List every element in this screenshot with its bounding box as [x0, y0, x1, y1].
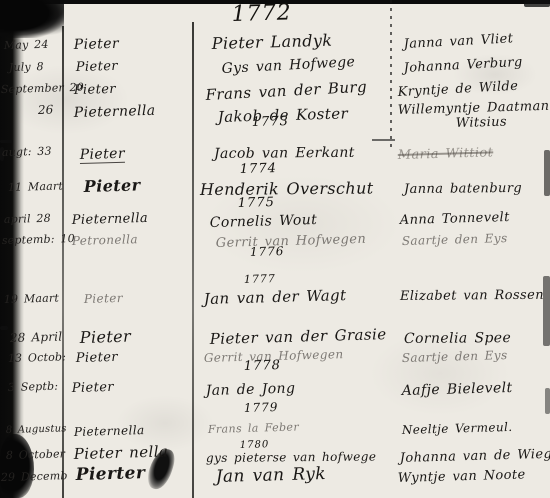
entry-father-name: Henderik Overschut: [200, 180, 374, 198]
entry-father-name: Gerrit van Hofwegen: [216, 233, 367, 250]
entry-child-name: Pieter: [84, 292, 123, 305]
entry-mother-name: Elizabet van Rossen: [400, 289, 544, 303]
year-heading: 1774: [240, 162, 277, 176]
entry-father-name: gys pieterse van hofwege: [206, 451, 377, 464]
entry-child-name: Pieter nella: [74, 444, 169, 462]
entry-mother-name: Aafje Bielevelt: [402, 381, 513, 398]
binding-bottom-blot: [0, 434, 34, 498]
entry-mother-name: Johanna Verburg: [403, 56, 523, 75]
entry-child-name: Pieter: [80, 147, 126, 164]
entry-child-name: Pieter: [74, 83, 116, 97]
entry-father-name: Jan de Jong: [206, 382, 296, 398]
entry-date: 8 October: [6, 448, 66, 461]
entry-father-name: Gerrit van Hofwegen: [204, 348, 344, 364]
entry-father-name: Pieter Landyk: [212, 33, 333, 52]
book-binding: [0, 0, 24, 498]
margin-mark: [0, 326, 8, 330]
column-rule-fathers-mothers: [390, 0, 392, 148]
entry-mother-name-line2: Witsius: [456, 116, 508, 130]
entry-date: 8 Augustus: [6, 424, 67, 436]
entry-mother-name: Johanna van de Wieg: [400, 448, 550, 465]
entry-date: 19 Maart: [4, 292, 59, 305]
entry-date: 3 Septb:: [8, 381, 59, 393]
binding-corner-blot: [0, 0, 64, 38]
page-title-year: 1772: [231, 2, 292, 26]
entry-date: 28 April: [10, 331, 63, 344]
entry-date: april 28: [4, 213, 51, 225]
entry-date: July 8: [9, 61, 44, 73]
entry-father-name: Jan van der Wagt: [204, 288, 347, 307]
entry-date: septemb: 10: [2, 233, 75, 246]
entry-date: May 24: [4, 39, 49, 51]
entry-mother-name: Wyntje van Noote: [398, 468, 526, 485]
entry-date: 13 Octob:: [8, 351, 67, 364]
entry-child-name: Pieter: [74, 37, 120, 52]
column-rule-names-fathers: [192, 22, 194, 498]
entry-father-name: Frans van der Burg: [205, 80, 367, 103]
entry-date: 26: [38, 104, 54, 116]
year-heading: 1779: [244, 401, 279, 414]
entry-child-name: Pieter: [72, 381, 114, 395]
entry-mother-name: Anna Tonnevelt: [400, 211, 510, 227]
entry-father-name: Gys van Hofwege: [221, 55, 355, 76]
page-edge-speck: [544, 150, 550, 196]
entry-mother-name: Saartje den Eys: [402, 349, 508, 364]
entry-father-name: Pieter van der Grasie: [210, 327, 387, 347]
entry-child-name: Pieternella: [74, 104, 156, 120]
entry-date: augt: 33: [2, 146, 52, 158]
entry-child-name: Pieternella: [72, 212, 149, 227]
rule-tick: [372, 139, 395, 141]
entry-father-name: Jacob van Eerkant: [214, 146, 355, 161]
entry-mother-name: Cornelia Spee: [404, 331, 511, 346]
page-edge-speck: [543, 276, 550, 346]
page-edge-speck: [545, 388, 550, 414]
entry-child-name: Pierter: [76, 465, 146, 484]
entry-child-name: Pieter: [84, 177, 141, 195]
entry-father-name: Frans la Feber: [208, 421, 299, 435]
entry-child-name: Pieter: [76, 60, 118, 74]
entry-mother-name: Willemyntje Daatman: [398, 100, 550, 117]
entry-father-name: Jan van Ryk: [216, 466, 327, 486]
entry-date: 29 Decemb: [1, 470, 68, 483]
entry-father-name: Cornelis Wout: [210, 213, 318, 230]
entry-child-name: Pieter: [76, 351, 118, 365]
entry-mother-name: Maria Wittiot: [398, 146, 494, 162]
entry-date: 11 Maart: [8, 180, 63, 193]
entry-mother-name: Janna van Vliet: [403, 32, 513, 51]
entry-date: September 20: [1, 82, 84, 95]
entry-mother-name: Saartje den Eys: [402, 232, 508, 247]
entry-father-name: Jakob de Koster: [218, 106, 349, 125]
entry-mother-name: Janna batenburg: [404, 182, 522, 196]
entry-mother-name: Kryntje de Wilde: [397, 80, 518, 99]
year-heading: 1780: [240, 440, 270, 451]
page-edge-speck: [524, 0, 550, 7]
entry-child-name: Pieter: [80, 329, 132, 346]
year-heading: 1777: [244, 273, 276, 285]
margin-mark: [0, 140, 13, 143]
entry-child-name: Pieternella: [74, 424, 145, 438]
entry-child-name: Petronella: [72, 233, 138, 247]
entry-mother-name: Neeltje Vermeul.: [402, 421, 513, 436]
scanned-register-page: 177217731774177517761777177817791780May …: [0, 0, 550, 498]
